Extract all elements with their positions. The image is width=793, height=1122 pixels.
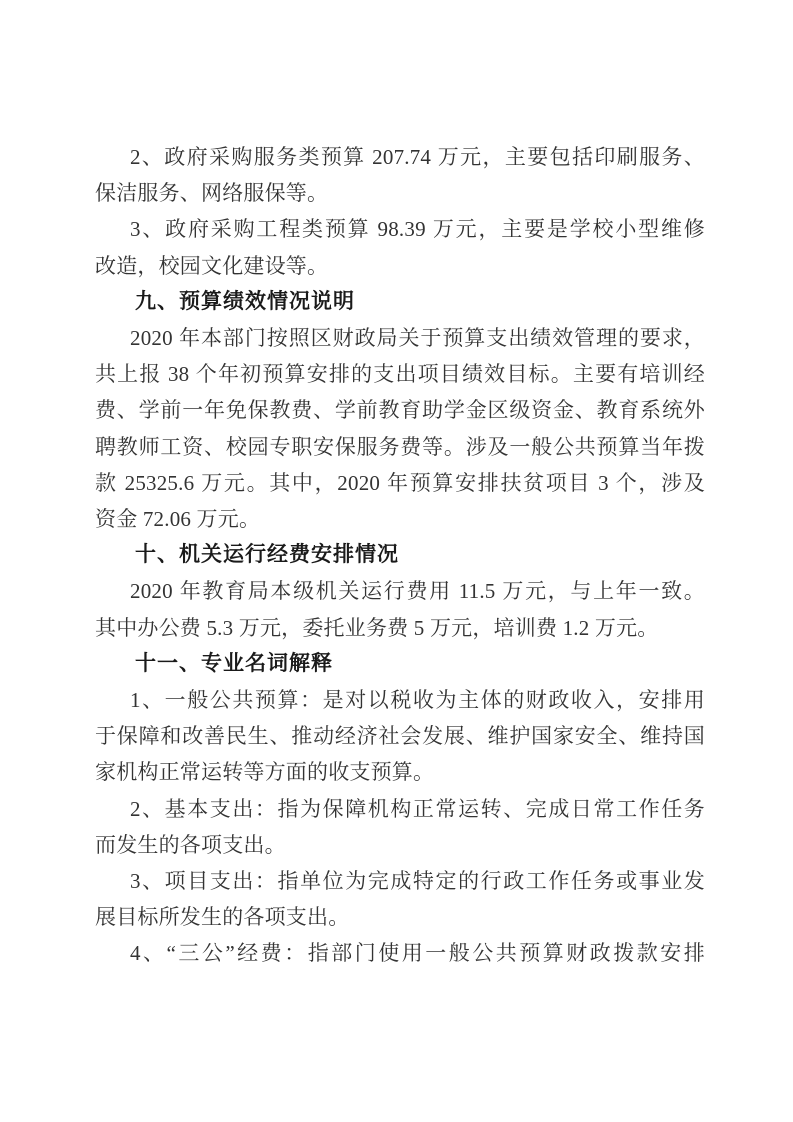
text-line: 款 25325.6 万元。其中，2020 年预算安排扶贫项目 3 个，涉及	[95, 465, 705, 501]
text-line: 家机构正常运转等方面的收支预算。	[95, 754, 705, 790]
text-line: 费、学前一年免保教费、学前教育助学金区级资金、教育系统外	[95, 392, 705, 428]
text-line: 而发生的各项支出。	[95, 827, 705, 863]
text-line: 资金 72.06 万元。	[95, 501, 705, 537]
text-line: 改造，校园文化建设等。	[95, 248, 705, 284]
text-line: 其中办公费 5.3 万元，委托业务费 5 万元，培训费 1.2 万元。	[95, 610, 705, 646]
text-line: 4、“三公”经费：指部门使用一般公共预算财政拨款安排	[95, 935, 705, 971]
heading-section-11-terminology: 十一、专业名词解释	[95, 646, 705, 682]
text-line: 共上报 38 个年初预算安排的支出项目绩效目标。主要有培训经	[95, 356, 705, 392]
text-line: 2、政府采购服务类预算 207.74 万元，主要包括印刷服务、	[95, 139, 705, 175]
text-line: 3、项目支出：指单位为完成特定的行政工作任务或事业发	[95, 863, 705, 899]
text-line: 2020 年本部门按照区财政局关于预算支出绩效管理的要求，	[95, 320, 705, 356]
text-line: 聘教师工资、校园专职安保服务费等。涉及一般公共预算当年拨	[95, 429, 705, 465]
text-line: 于保障和改善民生、推动经济社会发展、维护国家安全、维持国	[95, 718, 705, 754]
text-line: 2、基本支出：指为保障机构正常运转、完成日常工作任务	[95, 791, 705, 827]
heading-section-10-operating-expenses: 十、机关运行经费安排情况	[95, 537, 705, 573]
text-line: 展目标所发生的各项支出。	[95, 899, 705, 935]
text-line: 3、政府采购工程类预算 98.39 万元，主要是学校小型维修	[95, 211, 705, 247]
text-line: 1、一般公共预算：是对以税收为主体的财政收入，安排用	[95, 682, 705, 718]
text-block: 2、政府采购服务类预算 207.74 万元，主要包括印刷服务、保洁服务、网络服保…	[95, 139, 705, 972]
document-page: 2、政府采购服务类预算 207.74 万元，主要包括印刷服务、保洁服务、网络服保…	[0, 0, 793, 1122]
heading-section-9-budget-performance: 九、预算绩效情况说明	[95, 284, 705, 320]
text-line: 2020 年教育局本级机关运行费用 11.5 万元，与上年一致。	[95, 573, 705, 609]
text-line: 保洁服务、网络服保等。	[95, 175, 705, 211]
